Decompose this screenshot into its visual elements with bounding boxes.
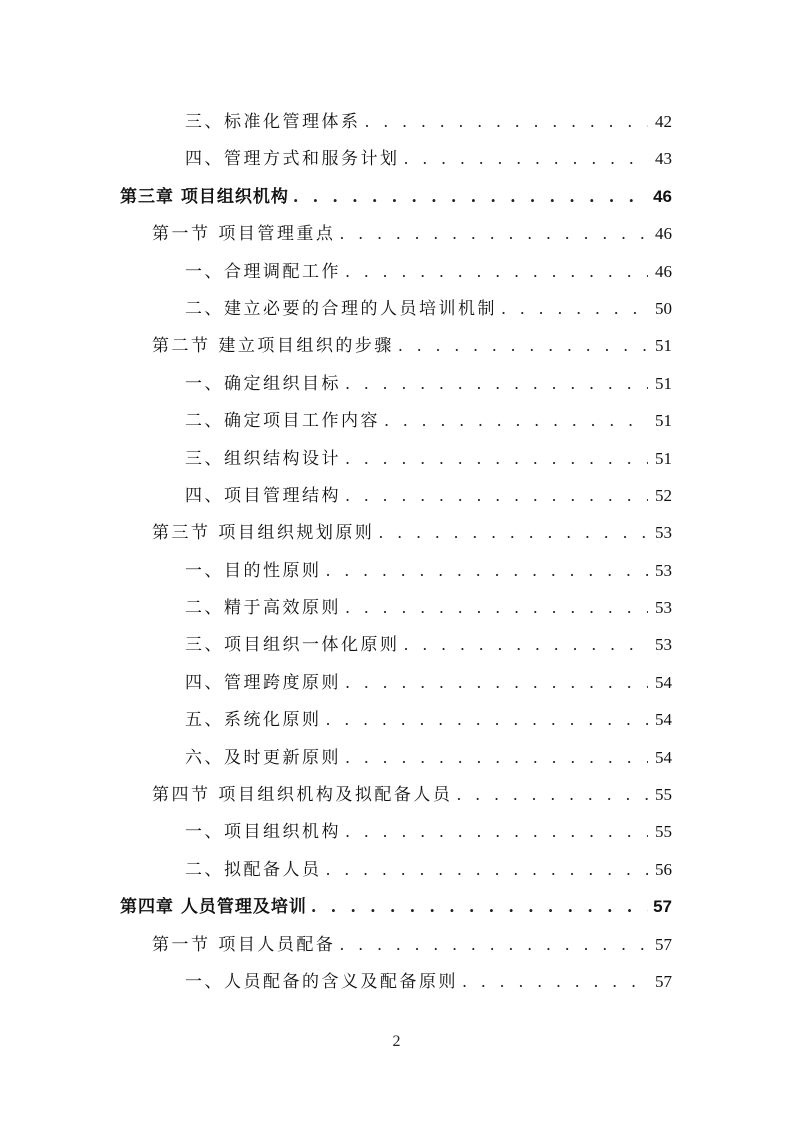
- toc-entry-title: 第三章 项目组织机构: [120, 182, 289, 207]
- toc-entry-page: 56: [652, 860, 672, 880]
- toc-entry[interactable]: 四、项目管理结构52: [0, 475, 793, 512]
- toc-dot-leader: [404, 635, 649, 654]
- toc-dot-leader: [345, 598, 648, 617]
- toc-entry-title: 一、人员配备的含义及配备原则: [185, 967, 458, 992]
- toc-entry-page: 55: [652, 822, 672, 842]
- toc-dot-leader: [339, 935, 648, 954]
- toc-entry-page: 50: [652, 299, 672, 319]
- toc-entry-title: 三、项目组织一体化原则: [185, 630, 400, 655]
- toc-dot-leader: [345, 486, 648, 505]
- toc-entry-page: 46: [652, 262, 672, 282]
- toc-dot-leader: [462, 972, 648, 991]
- toc-entry-title: 第二节 建立项目组织的步骤: [152, 331, 394, 356]
- toc-dot-leader: [293, 187, 648, 206]
- toc-entry[interactable]: 五、系统化原则54: [0, 699, 793, 736]
- toc-entry[interactable]: 一、确定组织目标51: [0, 363, 793, 400]
- toc-entry-title: 三、组织结构设计: [185, 444, 341, 469]
- toc-entry-page: 51: [652, 374, 672, 394]
- toc-entry[interactable]: 四、管理方式和服务计划43: [0, 138, 793, 175]
- toc-entry-title: 二、确定项目工作内容: [185, 406, 380, 431]
- toc-entry-page: 43: [652, 149, 672, 169]
- toc-entry-title: 二、建立必要的合理的人员培训机制: [185, 294, 497, 319]
- toc-entry-page: 51: [652, 449, 672, 469]
- toc-dot-leader: [311, 897, 648, 916]
- toc-entry-page: 53: [652, 523, 672, 543]
- toc-chapter-entry[interactable]: 第四章 人员管理及培训57: [0, 886, 793, 923]
- toc-dot-leader: [326, 710, 649, 729]
- toc-section-entry[interactable]: 第一节 项目人员配备57: [0, 924, 793, 961]
- toc-dot-leader: [345, 449, 648, 468]
- toc-entry-page: 51: [652, 411, 672, 431]
- toc-dot-leader: [456, 785, 648, 804]
- toc-entry-title: 三、标准化管理体系: [185, 107, 361, 132]
- toc-dot-leader: [345, 262, 648, 281]
- toc-entry-title: 一、项目组织机构: [185, 817, 341, 842]
- toc-entry-title: 一、合理调配工作: [185, 257, 341, 282]
- toc-entry-page: 46: [652, 187, 672, 207]
- toc-entry-title: 五、系统化原则: [185, 705, 322, 730]
- toc-entry-title: 一、确定组织目标: [185, 369, 341, 394]
- toc-entry-page: 53: [652, 635, 672, 655]
- toc-entry-page: 53: [652, 598, 672, 618]
- toc-dot-leader: [398, 336, 648, 355]
- toc-entry-page: 54: [652, 710, 672, 730]
- table-of-contents: 三、标准化管理体系42 四、管理方式和服务计划43 第三章 项目组织机构46 第…: [0, 101, 793, 998]
- toc-entry-title: 四、项目管理结构: [185, 481, 341, 506]
- toc-dot-leader: [365, 112, 649, 131]
- toc-entry-title: 四、管理方式和服务计划: [185, 144, 400, 169]
- toc-entry-page: 57: [652, 897, 672, 917]
- toc-entry[interactable]: 一、人员配备的含义及配备原则57: [0, 961, 793, 998]
- toc-entry[interactable]: 三、组织结构设计51: [0, 438, 793, 475]
- toc-entry-page: 54: [652, 748, 672, 768]
- toc-section-entry[interactable]: 第三节 项目组织规划原则53: [0, 512, 793, 549]
- toc-entry-page: 46: [652, 224, 672, 244]
- toc-entry[interactable]: 四、管理跨度原则54: [0, 662, 793, 699]
- toc-entry-page: 52: [652, 486, 672, 506]
- toc-dot-leader: [345, 673, 648, 692]
- toc-dot-leader: [326, 561, 649, 580]
- toc-dot-leader: [345, 374, 648, 393]
- toc-section-entry[interactable]: 第二节 建立项目组织的步骤51: [0, 325, 793, 362]
- toc-entry[interactable]: 二、拟配备人员56: [0, 849, 793, 886]
- toc-dot-leader: [378, 523, 648, 542]
- toc-entry[interactable]: 二、精于高效原则53: [0, 587, 793, 624]
- toc-entry-title: 二、精于高效原则: [185, 593, 341, 618]
- toc-entry-title: 第三节 项目组织规划原则: [152, 518, 374, 543]
- toc-entry-title: 第四章 人员管理及培训: [120, 892, 307, 917]
- toc-entry[interactable]: 一、合理调配工作46: [0, 251, 793, 288]
- toc-section-entry[interactable]: 第四节 项目组织机构及拟配备人员55: [0, 774, 793, 811]
- toc-entry-title: 第一节 项目人员配备: [152, 930, 335, 955]
- toc-dot-leader: [345, 822, 648, 841]
- toc-entry-page: 51: [652, 336, 672, 356]
- toc-entry[interactable]: 二、建立必要的合理的人员培训机制50: [0, 288, 793, 325]
- page-number: 2: [0, 1033, 793, 1051]
- toc-entry[interactable]: 三、项目组织一体化原则53: [0, 624, 793, 661]
- toc-dot-leader: [501, 299, 648, 318]
- toc-dot-leader: [404, 149, 649, 168]
- toc-entry[interactable]: 六、及时更新原则54: [0, 737, 793, 774]
- toc-chapter-entry[interactable]: 第三章 项目组织机构46: [0, 176, 793, 213]
- toc-section-entry[interactable]: 第一节 项目管理重点46: [0, 213, 793, 250]
- toc-entry-page: 54: [652, 673, 672, 693]
- toc-entry-page: 42: [652, 112, 672, 132]
- toc-entry[interactable]: 一、目的性原则53: [0, 550, 793, 587]
- toc-entry[interactable]: 一、项目组织机构55: [0, 811, 793, 848]
- toc-entry-page: 55: [652, 785, 672, 805]
- toc-dot-leader: [345, 748, 648, 767]
- toc-dot-leader: [339, 224, 648, 243]
- toc-entry[interactable]: 三、标准化管理体系42: [0, 101, 793, 138]
- toc-entry-title: 四、管理跨度原则: [185, 668, 341, 693]
- toc-entry-page: 57: [652, 935, 672, 955]
- toc-entry-title: 第一节 项目管理重点: [152, 219, 335, 244]
- toc-entry-page: 57: [652, 972, 672, 992]
- toc-entry-page: 53: [652, 561, 672, 581]
- toc-dot-leader: [326, 860, 649, 879]
- toc-dot-leader: [384, 411, 648, 430]
- toc-entry-title: 一、目的性原则: [185, 556, 322, 581]
- toc-entry[interactable]: 二、确定项目工作内容51: [0, 400, 793, 437]
- toc-entry-title: 二、拟配备人员: [185, 855, 322, 880]
- toc-entry-title: 第四节 项目组织机构及拟配备人员: [152, 780, 452, 805]
- toc-entry-title: 六、及时更新原则: [185, 743, 341, 768]
